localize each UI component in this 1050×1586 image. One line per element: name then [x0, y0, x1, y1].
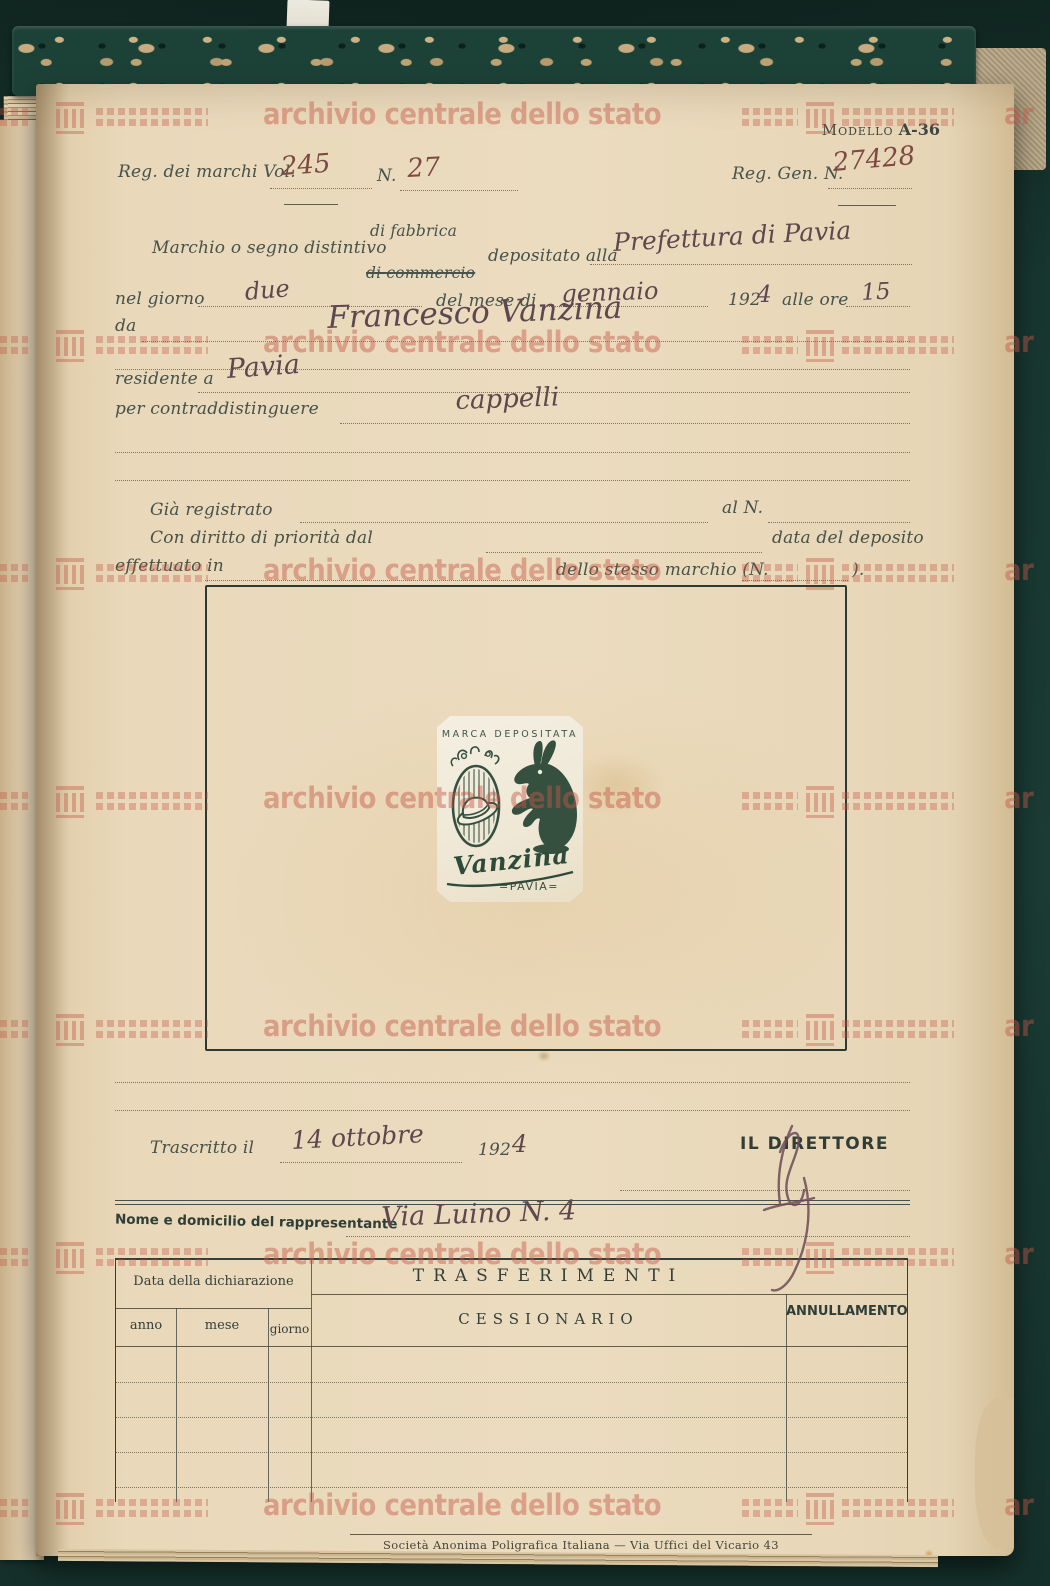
stesso-marchio-close: ). — [852, 560, 864, 580]
rule — [142, 341, 910, 342]
ore-value: 15 — [861, 279, 892, 306]
effettuato-label: effettuato in — [115, 556, 224, 576]
trascritto-anno-digit: 4 — [512, 1130, 527, 1158]
table-row — [116, 1417, 907, 1418]
column-separator — [268, 1308, 269, 1502]
table-col-giorno: giorno — [268, 1322, 311, 1336]
table-row — [116, 1487, 907, 1488]
alle-ore-label: alle ore — [782, 290, 849, 310]
column-separator — [311, 1260, 312, 1502]
table-date-group-header: Data della dichiarazione — [116, 1274, 311, 1289]
rule — [116, 1308, 311, 1309]
n-value: 27 — [406, 152, 441, 184]
sitting-hare-icon — [501, 738, 579, 856]
rule — [115, 452, 910, 453]
rule — [400, 190, 518, 191]
table-row — [116, 1382, 907, 1383]
rule — [270, 188, 372, 189]
al-n-label: al N. — [722, 498, 763, 518]
rule — [340, 423, 910, 424]
depositato-label: depositato alla — [488, 246, 618, 266]
page-gutter-shadow — [36, 84, 70, 1556]
rule — [846, 306, 910, 307]
rule — [280, 1162, 462, 1163]
modello-heading: Modello A-36 — [790, 120, 940, 139]
anno-digit: 4 — [757, 282, 772, 308]
table-col-mese: mese — [176, 1318, 268, 1333]
rule — [115, 1110, 910, 1111]
marchio-label: Marchio o segno distintivo — [152, 238, 387, 258]
rule — [116, 1346, 907, 1347]
trademark-stamp: MARCA DEPOSITATA Vanzina — [437, 716, 583, 902]
rule — [300, 522, 708, 523]
rule — [284, 204, 338, 205]
reg-marchi-label: Reg. dei marchi Vol. — [118, 162, 296, 182]
rule — [115, 1082, 910, 1083]
rule — [768, 522, 910, 523]
rule — [486, 552, 762, 553]
rule — [590, 264, 912, 265]
rule — [838, 205, 896, 206]
reg-marchi-vol-value: 245 — [280, 149, 332, 182]
trascritto-label: Trascritto il — [150, 1138, 254, 1158]
printer-imprint: Società Anonima Poligrafica Italiana — V… — [346, 1538, 816, 1552]
footer-rule — [350, 1534, 812, 1535]
rule — [205, 580, 540, 581]
reg-gen-label: Reg. Gen. N. — [732, 164, 844, 184]
residente-label: residente a — [115, 369, 214, 389]
table-title: TRASFERIMENTI — [311, 1266, 786, 1286]
director-signature — [730, 1118, 850, 1298]
nel-giorno-value: due — [244, 274, 291, 306]
table-col-cessionario: CESSIONARIO — [311, 1310, 786, 1328]
contraddistinguere-value: cappelli — [455, 382, 560, 416]
rule — [742, 580, 848, 581]
n-label: N. — [377, 166, 397, 186]
trascritto-anno-printed: 192 — [478, 1140, 511, 1160]
modello-label: Modello — [822, 121, 894, 139]
table-row — [116, 1452, 907, 1453]
hat-in-oval-icon — [445, 744, 507, 854]
da-label: da — [115, 316, 136, 336]
residente-value: Pavia — [226, 349, 301, 385]
priorita-label: Con diritto di priorità dal — [150, 528, 373, 548]
gia-registrato-label: Già registrato — [150, 500, 273, 520]
stamp-city: =PAVIA= — [499, 880, 559, 893]
column-separator — [786, 1294, 787, 1502]
nel-giorno-label: nel giorno — [115, 289, 205, 309]
data-deposito-label: data del deposito — [772, 528, 924, 548]
column-separator — [176, 1308, 177, 1502]
contraddistinguere-label: per contraddistinguere — [115, 399, 319, 419]
table-col-anno: anno — [116, 1318, 176, 1333]
di-fabbrica-option: di fabbrica — [370, 222, 457, 240]
next-page-rolled-corner — [975, 1398, 1013, 1548]
rule — [828, 188, 912, 189]
stesso-marchio-label: dello stesso marchio (N. — [556, 560, 769, 580]
modello-number: A-36 — [899, 120, 940, 139]
rule — [115, 480, 910, 481]
di-commercio-option: di commercio — [366, 264, 475, 282]
table-col-annullamento: ANNULLAMENTO — [786, 1304, 907, 1319]
scanned-register-page: { "watermark": { "text": "archivio centr… — [0, 0, 1050, 1586]
